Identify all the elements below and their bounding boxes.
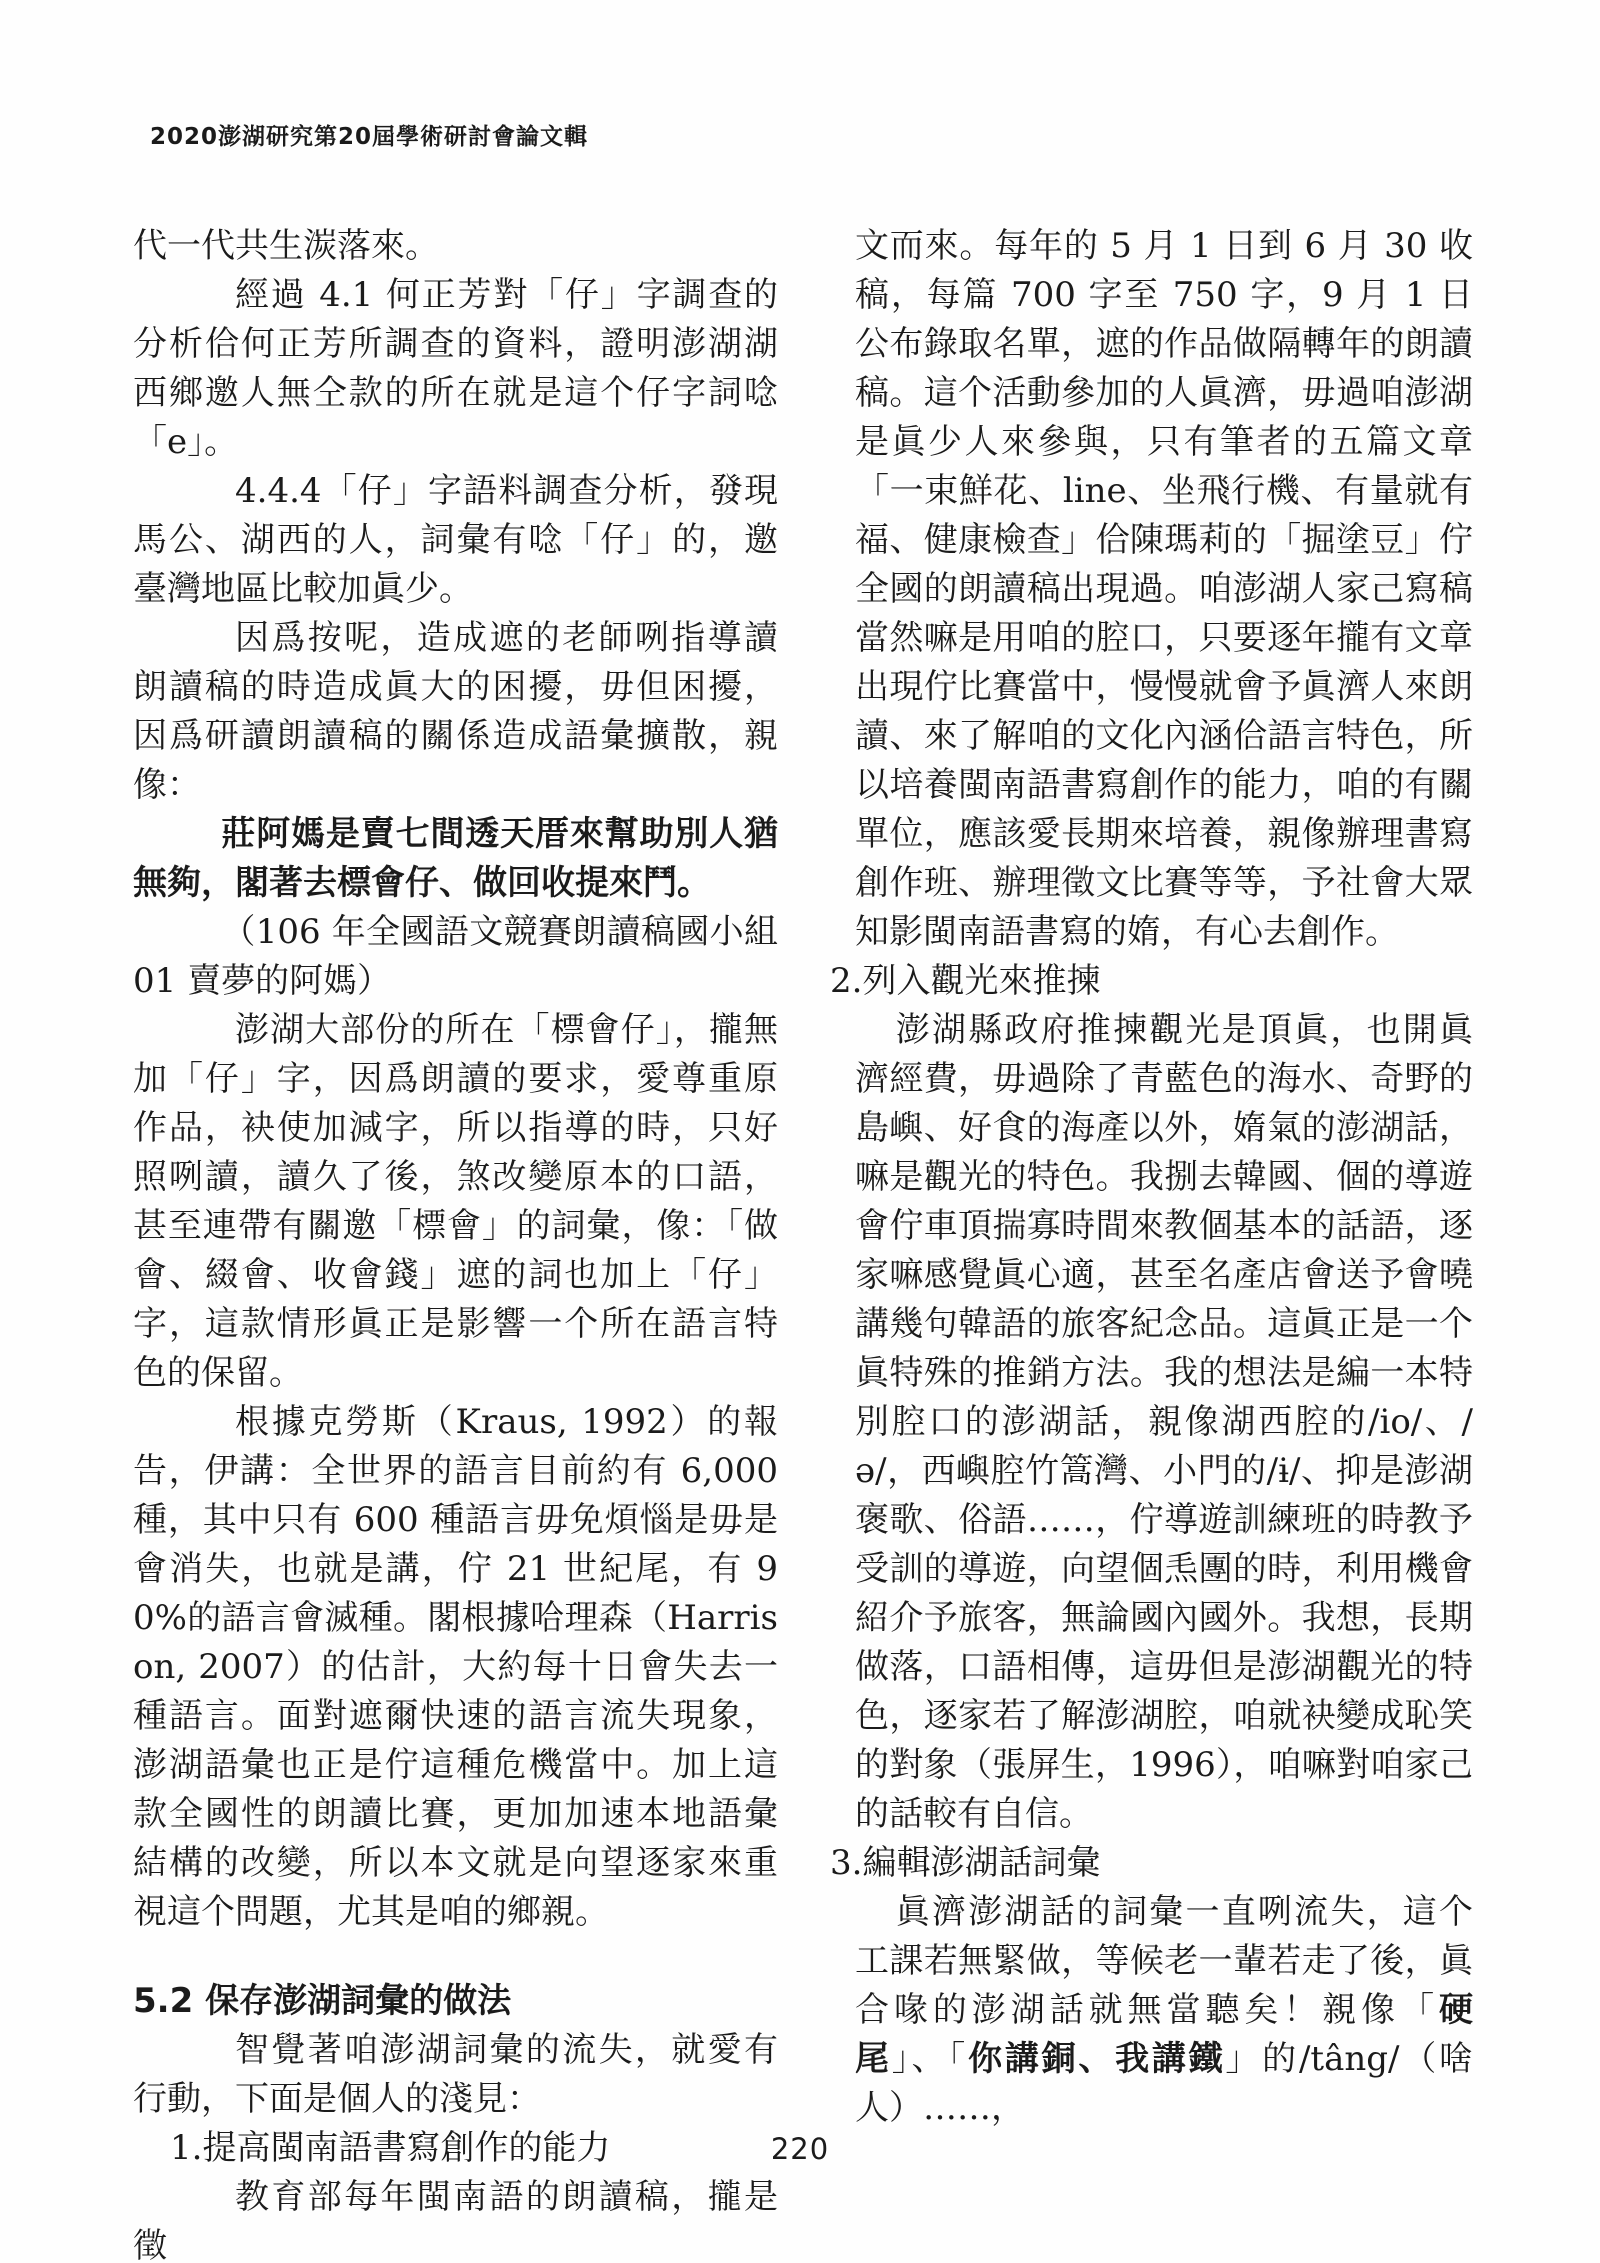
text-segment: 眞濟澎湖話的詞彙一直咧流失，這个工課若無緊做，等候老一輩若走了後，眞合喙的澎湖話…: [855, 1892, 1473, 2030]
paragraph: 眞濟澎湖話的詞彙一直咧流失，這个工課若無緊做，等候老一輩若走了後，眞合喙的澎湖話…: [855, 1888, 1473, 2133]
right-column: 文而來。每年的 5 月 1 日到 6 月 30 收稿，每篇 700 字至 750…: [830, 222, 1473, 2133]
emphasis-text: 你講銅、我講鐵: [968, 2039, 1225, 2079]
paragraph: 因爲按呢，造成遮的老師咧指導讀朗讀稿的時造成眞大的困擾，毋但困擾，因爲研讀朗讀稿…: [133, 614, 778, 810]
text-segment: （106 年全國語文競賽朗讀稿國小組 01 賣夢的阿媽）: [133, 912, 778, 1001]
block-quote: 莊阿媽是賣七間透天厝來幫助別人猶無夠，閣著去標會仔、做回收提來鬥。: [133, 810, 778, 908]
page-number: 220: [0, 2132, 1600, 2166]
text-segment: 莊阿媽是賣七間透天厝來幫助別人猶無夠，閣著去標會仔、做回收提來鬥。: [133, 814, 778, 903]
text-segment: 文而來。每年的 5 月 1 日到 6 月 30 收稿，每篇 700 字至 750…: [855, 226, 1473, 952]
paragraph: 澎湖大部份的所在「標會仔」，攏無加「仔」字，因爲朗讀的要求，愛尊重原作品，袂使加…: [133, 1006, 778, 1398]
paragraph: 智覺著咱澎湖詞彙的流失，就愛有行動，下面是個人的淺見：: [133, 2026, 778, 2124]
left-column: 代一代共生湠落來。經過 4.1 何正芳對「仔」字調查的分析佮何正芳所調查的資料，…: [133, 222, 778, 2263]
text-segment: 因爲按呢，造成遮的老師咧指導讀朗讀稿的時造成眞大的困擾，毋但困擾，因爲研讀朗讀稿…: [133, 618, 778, 805]
text-segment: 代一代共生湠落來。: [133, 226, 439, 266]
text-segment: 5.2 保存澎湖詞彙的做法: [133, 1981, 511, 2021]
document-page: 2020澎湖研究第20屆學術研討會論文輯 代一代共生湠落來。經過 4.1 何正芳…: [0, 0, 1600, 2263]
paragraph: 4.4.4「仔」字語料調查分析，發現馬公、湖西的人，詞彙有唸「仔」的，邀臺灣地區…: [133, 467, 778, 614]
list-item-2: 2.列入觀光來推揀: [830, 957, 1473, 1006]
text-segment: 澎湖縣政府推揀觀光是頂眞，也開眞濟經費，毋過除了青藍色的海水、奇野的島嶼、好食的…: [855, 1010, 1473, 1834]
text-segment: 根據克勞斯（Kraus, 1992）的報告，伊講：全世界的語言目前約有 6,00…: [133, 1402, 778, 1932]
paragraph-continuation: 文而來。每年的 5 月 1 日到 6 月 30 收稿，每篇 700 字至 750…: [855, 222, 1473, 957]
text-segment: 澎湖大部份的所在「標會仔」，攏無加「仔」字，因爲朗讀的要求，愛尊重原作品，袂使加…: [133, 1010, 778, 1393]
quote-citation: （106 年全國語文競賽朗讀稿國小組 01 賣夢的阿媽）: [133, 908, 778, 1006]
text-segment: 3.編輯澎湖話詞彙: [830, 1843, 1100, 1883]
text-segment: 經過 4.1 何正芳對「仔」字調查的分析佮何正芳所調查的資料，證明澎湖湖西鄉邀人…: [133, 275, 778, 462]
journal-title: 2020澎湖研究第20屆學術研討會論文輯: [150, 118, 588, 151]
text-segment: 教育部每年閩南語的朗讀稿，攏是徵: [133, 2177, 778, 2263]
paragraph: 經過 4.1 何正芳對「仔」字調查的分析佮何正芳所調查的資料，證明澎湖湖西鄉邀人…: [133, 271, 778, 467]
list-item-3: 3.編輯澎湖話詞彙: [830, 1839, 1473, 1888]
text-segment: 智覺著咱澎湖詞彙的流失，就愛有行動，下面是個人的淺見：: [133, 2030, 778, 2119]
text-segment: 2.列入觀光來推揀: [830, 961, 1100, 1001]
text-segment: 4.4.4「仔」字語料調查分析，發現馬公、湖西的人，詞彙有唸「仔」的，邀臺灣地區…: [133, 471, 778, 609]
paragraph: 教育部每年閩南語的朗讀稿，攏是徵: [133, 2173, 778, 2263]
section-heading-5-2: 5.2 保存澎湖詞彙的做法: [133, 1977, 778, 2026]
paragraph-continuation: 代一代共生湠落來。: [133, 222, 778, 271]
paragraph: 澎湖縣政府推揀觀光是頂眞，也開眞濟經費，毋過除了青藍色的海水、奇野的島嶼、好食的…: [855, 1006, 1473, 1839]
paragraph: 根據克勞斯（Kraus, 1992）的報告，伊講：全世界的語言目前約有 6,00…: [133, 1398, 778, 1937]
text-segment: 」、「: [892, 2039, 968, 2079]
